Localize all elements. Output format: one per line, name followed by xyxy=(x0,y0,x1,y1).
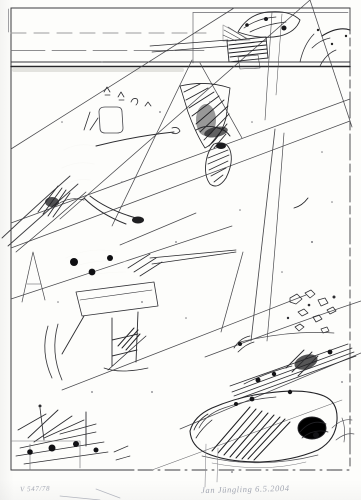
central-mass-structure xyxy=(22,245,236,380)
edition-mark: V 547/78 xyxy=(20,484,50,493)
small-figure-marks xyxy=(99,87,151,133)
pebble-field xyxy=(287,290,336,333)
hatched-wedge xyxy=(180,83,230,148)
scribble-pile xyxy=(12,405,130,471)
border-frame xyxy=(9,8,351,470)
pencil-strokes xyxy=(60,489,120,500)
top-machine-sketch xyxy=(150,12,350,66)
drawing-svg xyxy=(0,0,361,500)
artwork-scan: V 547/78 Jan Jüngling 6.5.2004 xyxy=(0,0,361,500)
dark-crescent xyxy=(280,172,308,209)
chair-curves xyxy=(2,176,86,252)
top-ruled-lines xyxy=(11,33,350,70)
diagonal-sketch-band xyxy=(230,332,356,399)
